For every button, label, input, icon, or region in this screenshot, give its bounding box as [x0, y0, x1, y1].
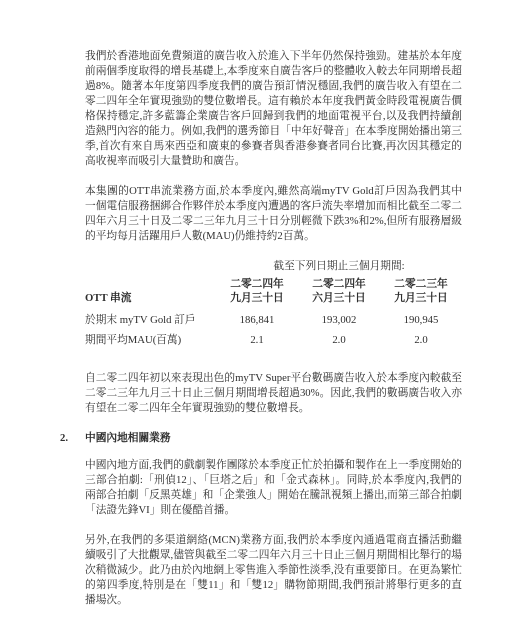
table-header-row: OTT 串流 二零二四年 九月三十日 二零二四年 六月三十日 二零二三年 九月三… [85, 278, 462, 305]
table-caption: 截至下列日期止三個月期間: [216, 259, 462, 274]
table-col-header-1: 二零二四年 九月三十日 [216, 278, 298, 305]
row-label: 期間平均MAU(百萬) [85, 333, 216, 348]
cell-value: 186,841 [216, 313, 298, 328]
table-col-header-3: 二零二三年 九月三十日 [380, 278, 462, 305]
ott-streaming-table: 截至下列日期止三個月期間: OTT 串流 二零二四年 九月三十日 二零二四年 六… [85, 259, 462, 348]
section-heading-mainland-china: 2. 中國內地相關業務 [60, 431, 462, 446]
table-row-mau: 期間平均MAU(百萬) 2.1 2.0 2.0 [85, 333, 462, 348]
table-corner-label: OTT 串流 [85, 292, 216, 306]
paragraph-ott-subscribers: 本集團的OTT串流業務方面,於本季度內,雖然高端myTV Gold訂戶因為我們其… [85, 184, 462, 244]
section-number: 2. [60, 431, 85, 446]
col-header-date: 九月三十日 [216, 292, 298, 306]
table-col-header-2: 二零二四年 六月三十日 [298, 278, 380, 305]
cell-value: 193,002 [298, 313, 380, 328]
col-header-year: 二零二四年 [216, 278, 298, 292]
paragraph-advertising-hk: 我們於香港地面免費頻道的廣告收入於進入下半年仍然保持強勁。建基於本年度前兩個季度… [85, 49, 462, 169]
paragraph-coproduction-dramas: 中國內地方面,我們的戲劇製作團隊於本季度正忙於拍攝和製作在上一季度開始的三部合拍… [85, 458, 462, 518]
table-row-subscribers: 於期末 myTV Gold 訂戶 186,841 193,002 190,945 [85, 313, 462, 328]
col-header-year: 二零二三年 [380, 278, 462, 292]
paragraph-mcn-livestreaming: 另外,在我們的多渠道網絡(MCN)業務方面,我們於本季度內通過電商直播活動繼續吸… [85, 533, 462, 608]
col-header-year: 二零二四年 [298, 278, 380, 292]
row-label: 於期末 myTV Gold 訂戶 [85, 313, 216, 328]
paragraph-digital-ad-revenue: 自二零二四年初以來表現出色的myTV Super平台數碼廣告收入於本季度內較截至… [85, 371, 462, 416]
section-title: 中國內地相關業務 [85, 431, 462, 446]
report-page: 我們於香港地面免費頻道的廣告收入於進入下半年仍然保持強勁。建基於本年度前兩個季度… [0, 0, 520, 626]
cell-value: 190,945 [380, 313, 462, 328]
cell-value: 2.1 [216, 333, 298, 348]
cell-value: 2.0 [298, 333, 380, 348]
col-header-date: 九月三十日 [380, 292, 462, 306]
col-header-date: 六月三十日 [298, 292, 380, 306]
cell-value: 2.0 [380, 333, 462, 348]
